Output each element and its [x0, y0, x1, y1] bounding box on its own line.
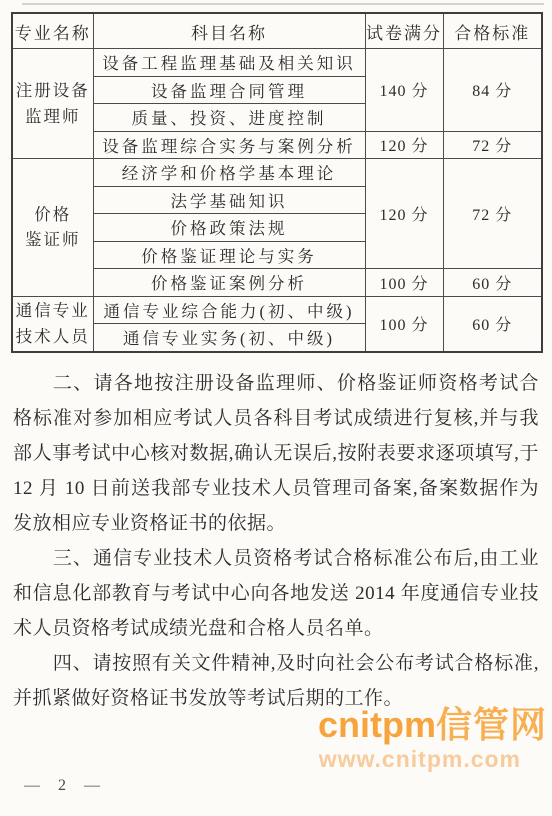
subject-cell: 质量、投资、进度控制	[93, 104, 365, 132]
subject-cell: 法学基础知识	[93, 186, 365, 214]
table-row: 注册设备 监理师 设备工程监理基础及相关知识 140 分 84 分	[12, 49, 542, 77]
full-score-cell: 100 分	[365, 296, 443, 352]
subject-cell: 经济学和价格学基本理论	[93, 159, 365, 187]
passing-standards-table: 专业名称 科目名称 试卷满分 合格标准 注册设备 监理师 设备工程监理基础及相关…	[11, 12, 543, 353]
col-header-profession: 专业名称	[12, 13, 93, 49]
full-score-cell: 120 分	[365, 131, 443, 159]
full-score-cell: 140 分	[365, 49, 443, 132]
profession-price-appraiser: 价格 鉴证师	[12, 159, 93, 297]
subject-cell: 通信专业综合能力(初、中级)	[93, 296, 365, 324]
col-header-pass-score: 合格标准	[443, 13, 542, 49]
subject-cell: 价格政策法规	[93, 214, 365, 242]
subject-cell: 设备监理综合实务与案例分析	[93, 131, 365, 159]
page-number: — 2 —	[24, 777, 107, 795]
col-header-subject: 科目名称	[93, 13, 365, 49]
subject-cell: 价格鉴证案例分析	[93, 269, 365, 297]
watermark-url: www.cnitpm.com	[318, 746, 521, 772]
profession-communication-tech: 通信专业 技术人员	[12, 296, 93, 352]
pass-score-cell: 72 分	[443, 159, 542, 269]
full-score-cell: 100 分	[365, 269, 443, 297]
table-header-row: 专业名称 科目名称 试卷满分 合格标准	[12, 13, 542, 49]
subject-cell: 设备监理合同管理	[93, 76, 365, 104]
table-row: 通信专业 技术人员 通信专业综合能力(初、中级) 100 分 60 分	[12, 296, 542, 324]
paragraph-item-2: 二、请各地按注册设备监理师、价格鉴证师资格考试合格标准对参加相应考试人员各科目考…	[13, 366, 539, 541]
scan-artifact-line	[22, 3, 544, 5]
document-body: 二、请各地按注册设备监理师、价格鉴证师资格考试合格标准对参加相应考试人员各科目考…	[13, 366, 539, 716]
paragraph-item-4: 四、请按照有关文件精神,及时向社会公布考试合格标准,并抓紧做好资格证书发放等考试…	[13, 646, 539, 716]
subject-cell: 价格鉴证理论与实务	[93, 241, 365, 269]
profession-equipment-supervisor: 注册设备 监理师	[12, 49, 93, 159]
pass-score-cell: 84 分	[443, 49, 542, 132]
full-score-cell: 120 分	[365, 159, 443, 269]
col-header-full-score: 试卷满分	[365, 13, 443, 49]
pass-score-cell: 72 分	[443, 131, 542, 159]
subject-cell: 设备工程监理基础及相关知识	[93, 49, 365, 77]
table-row: 价格 鉴证师 经济学和价格学基本理论 120 分 72 分	[12, 159, 542, 187]
paragraph-item-3: 三、通信专业技术人员资格考试合格标准公布后,由工业和信息化部教育与考试中心向各地…	[13, 541, 539, 646]
subject-cell: 通信专业实务(初、中级)	[93, 324, 365, 352]
pass-score-cell: 60 分	[443, 296, 542, 352]
pass-score-cell: 60 分	[443, 269, 542, 297]
